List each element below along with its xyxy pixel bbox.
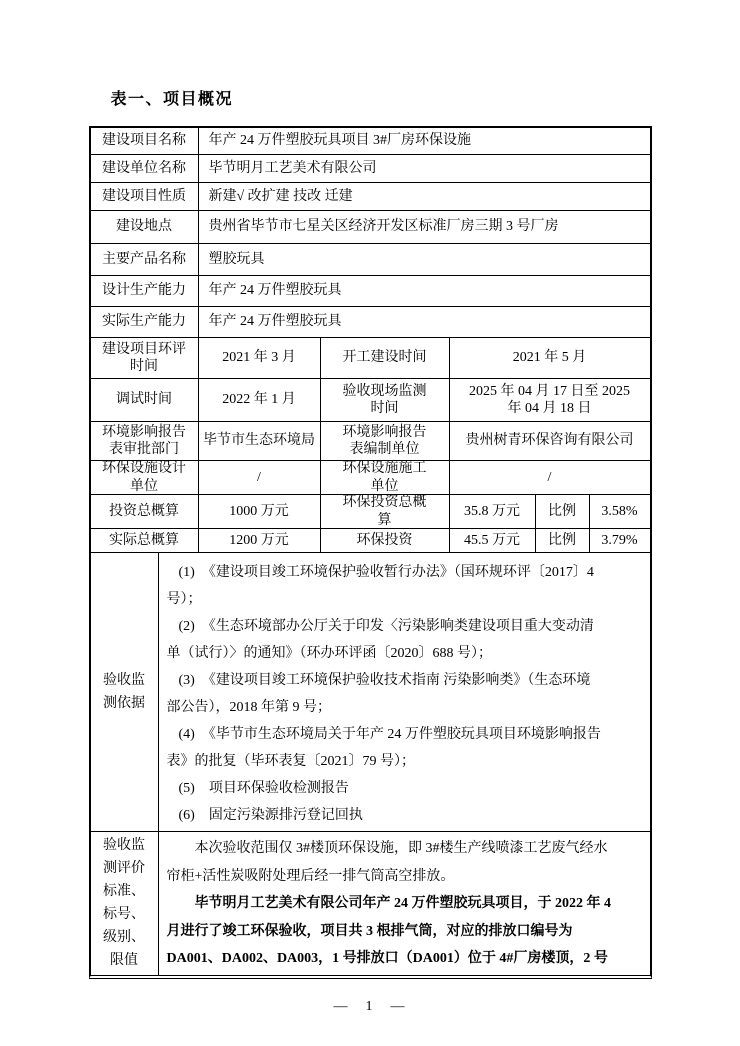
- basis-section-label: 验收监 测依据: [91, 553, 159, 831]
- row-label: 主要产品名称: [91, 244, 199, 275]
- row-value: 塑胶玩具: [199, 244, 650, 275]
- row-label: 建设项目名称: [91, 128, 199, 154]
- row-label: 环保设施设计 单位: [91, 461, 199, 494]
- row-label: 建设地点: [91, 211, 199, 243]
- table-row: 建设项目环评 时间 2021 年 3 月 开工建设时间 2021 年 5 月: [91, 338, 650, 379]
- row-value: 1200 万元: [199, 529, 321, 552]
- table-row: 主要产品名称 塑胶玩具: [91, 244, 650, 276]
- row-value: 年产 24 万件塑胶玩具: [199, 276, 650, 306]
- row-label: 投资总概算: [91, 495, 199, 528]
- basis-item: (2) 《生态环境部办公厅关于印发〈污染影响类建设项目重大变动清 单（试行）〉的…: [167, 613, 642, 667]
- basis-item: (1) 《建设项目竣工环境保护验收暂行办法》（国环规环评〔2017〕4 号）；: [167, 559, 642, 613]
- row-value: 毕节市生态环境局: [199, 422, 321, 460]
- basis-section-row: 验收监 测依据 (1) 《建设项目竣工环境保护验收暂行办法》（国环规环评〔201…: [91, 553, 650, 832]
- basis-item: (4) 《毕节市生态环境局关于年产 24 万件塑胶玩具项目环境影响报告 表》的批…: [167, 721, 642, 775]
- ratio-value: 3.79%: [590, 529, 650, 552]
- row-value-2: 2025 年 04 月 17 日至 2025 年 04 月 18 日: [450, 379, 650, 421]
- basis-item: (5) 项目环保验收检测报告: [167, 775, 642, 802]
- row-value-2: 2021 年 5 月: [450, 338, 650, 378]
- document-page: 表一、项目概况 建设项目名称 年产 24 万件塑胶玩具项目 3#厂房环保设施 建…: [0, 0, 740, 1015]
- row-label: 实际生产能力: [91, 307, 199, 337]
- ratio-label: 比例: [536, 529, 590, 552]
- row-value-2: /: [450, 461, 650, 494]
- page-number: — 1 —: [0, 995, 740, 1015]
- row-label: 建设单位名称: [91, 155, 199, 182]
- row-value-2: 贵州树青环保咨询有限公司: [450, 422, 650, 460]
- standard-section-content: 本次验收范围仅 3#楼顶环保设施，即 3#楼生产线喷漆工艺废气经水 帘柜+活性炭…: [159, 832, 650, 975]
- row-label: 建设项目性质: [91, 183, 199, 210]
- row-value: 1000 万元: [199, 495, 321, 528]
- basis-item: (3) 《建设项目竣工环境保护验收技术指南 污染影响类》（生态环境 部公告），2…: [167, 667, 642, 721]
- standard-paragraph: 本次验收范围仅 3#楼顶环保设施，即 3#楼生产线喷漆工艺废气经水 帘柜+活性炭…: [167, 835, 642, 890]
- row-label: 实际总概算: [91, 529, 199, 552]
- row-label-2: 环保投资: [321, 529, 450, 552]
- row-value-2: 35.8 万元: [450, 495, 536, 528]
- row-value: 新建√ 改扩建 技改 迁建: [199, 183, 650, 210]
- table-row: 设计生产能力 年产 24 万件塑胶玩具: [91, 276, 650, 307]
- row-label-2: 环境影响报告 表编制单位: [321, 422, 450, 460]
- row-label-2: 环保设施施工 单位: [321, 461, 450, 494]
- table-row: 实际生产能力 年产 24 万件塑胶玩具: [91, 307, 650, 338]
- row-value: /: [199, 461, 321, 494]
- row-value-2: 45.5 万元: [450, 529, 536, 552]
- row-label-2: 环保投资总概 算: [321, 495, 450, 528]
- ratio-label: 比例: [536, 495, 590, 528]
- basis-item: (6) 固定污染源排污登记回执: [167, 802, 642, 829]
- table-row: 实际总概算 1200 万元 环保投资 45.5 万元 比例 3.79%: [91, 529, 650, 553]
- basis-section-content: (1) 《建设项目竣工环境保护验收暂行办法》（国环规环评〔2017〕4 号）； …: [159, 553, 650, 831]
- standard-section-row: 验收监 测评价 标准、 标号、 级别、 限值 本次验收范围仅 3#楼顶环保设施，…: [91, 832, 650, 975]
- project-overview-table: 建设项目名称 年产 24 万件塑胶玩具项目 3#厂房环保设施 建设单位名称 毕节…: [89, 126, 652, 979]
- table-row: 调试时间 2022 年 1 月 验收现场监测 时间 2025 年 04 月 17…: [91, 379, 650, 422]
- table-row: 环境影响报告 表审批部门 毕节市生态环境局 环境影响报告 表编制单位 贵州树青环…: [91, 422, 650, 461]
- row-label: 环境影响报告 表审批部门: [91, 422, 199, 460]
- ratio-value: 3.58%: [590, 495, 650, 528]
- table-row: 建设地点 贵州省毕节市七星关区经济开发区标准厂房三期 3 号厂房: [91, 211, 650, 244]
- table-row: 建设项目性质 新建√ 改扩建 技改 迁建: [91, 183, 650, 211]
- row-value: 年产 24 万件塑胶玩具: [199, 307, 650, 337]
- standard-section-label: 验收监 测评价 标准、 标号、 级别、 限值: [91, 832, 159, 975]
- row-label: 调试时间: [91, 379, 199, 421]
- row-value: 2021 年 3 月: [199, 338, 321, 378]
- row-label-2: 开工建设时间: [321, 338, 450, 378]
- table-row: 建设项目名称 年产 24 万件塑胶玩具项目 3#厂房环保设施: [91, 128, 650, 155]
- row-label: 建设项目环评 时间: [91, 338, 199, 378]
- row-value: 2022 年 1 月: [199, 379, 321, 421]
- table-row: 环保设施设计 单位 / 环保设施施工 单位 /: [91, 461, 650, 495]
- row-value: 贵州省毕节市七星关区经济开发区标准厂房三期 3 号厂房: [199, 211, 650, 243]
- row-value: 毕节明月工艺美术有限公司: [199, 155, 650, 182]
- table-row: 建设单位名称 毕节明月工艺美术有限公司: [91, 155, 650, 183]
- page-title: 表一、项目概况: [89, 86, 652, 109]
- row-value: 年产 24 万件塑胶玩具项目 3#厂房环保设施: [199, 128, 650, 154]
- standard-paragraph-bold: 毕节明月工艺美术有限公司年产 24 万件塑胶玩具项目，于 2022 年 4 月进…: [167, 890, 642, 973]
- table-row: 投资总概算 1000 万元 环保投资总概 算 35.8 万元 比例 3.58%: [91, 495, 650, 529]
- row-label: 设计生产能力: [91, 276, 199, 306]
- row-label-2: 验收现场监测 时间: [321, 379, 450, 421]
